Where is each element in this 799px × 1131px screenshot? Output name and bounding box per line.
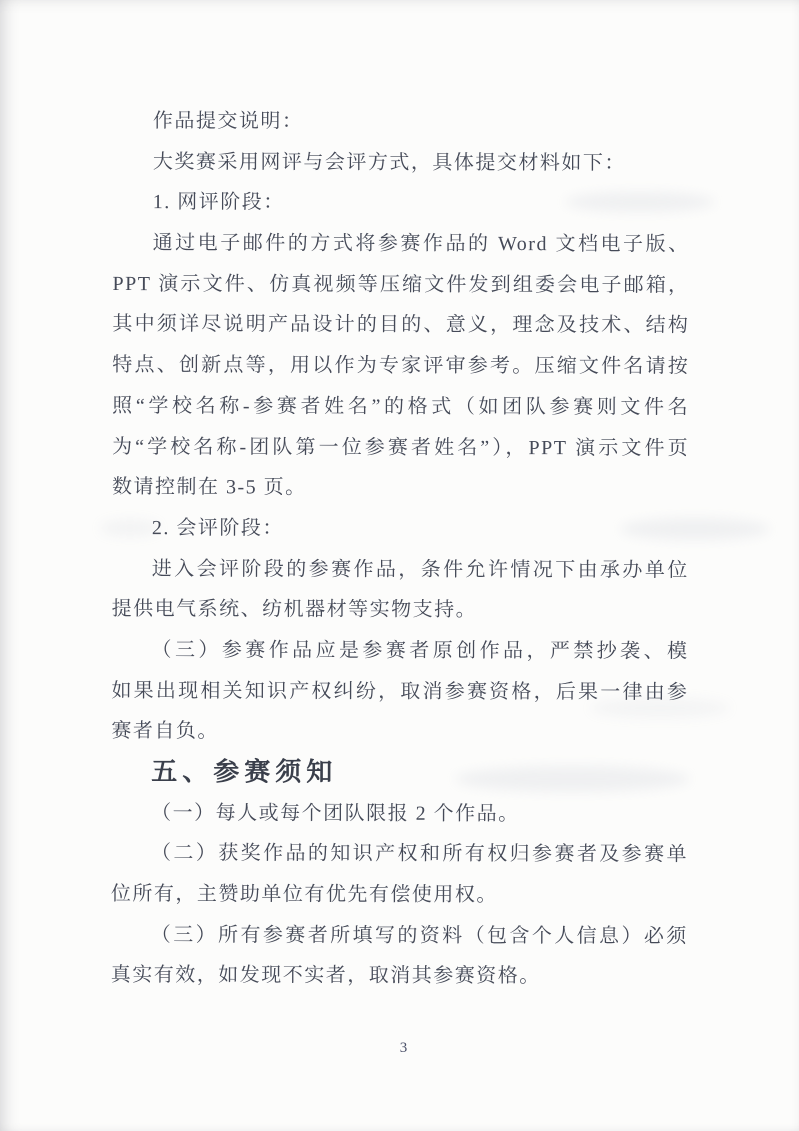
text-line: 通过电子邮件的方式将参赛作品的 Word 文档电子版、: [113, 223, 690, 265]
text-line: （三）参赛作品应是参赛者原创作品，严禁抄袭、模仿。: [112, 630, 689, 672]
text-line: 照“学校名称-参赛者姓名”的格式（如团队参赛则文件名: [112, 386, 689, 428]
page-number: 3: [4, 1040, 799, 1057]
text-line: 特点、创新点等，用以作为专家评审参考。压缩文件名请按: [112, 345, 689, 387]
section-heading: 五、参赛须知: [111, 752, 688, 794]
document-text-block: 作品提交说明：大奖赛采用网评与会评方式，具体提交材料如下：1. 网评阶段：通过电…: [111, 101, 690, 998]
text-line: 作品提交说明：: [113, 101, 690, 143]
text-line: 数请控制在 3-5 页。: [112, 467, 689, 509]
text-line: （一）每人或每个团队限报 2 个作品。: [111, 793, 688, 835]
document-page: 作品提交说明：大奖赛采用网评与会评方式，具体提交材料如下：1. 网评阶段：通过电…: [0, 0, 799, 1131]
text-line: 位所有，主赞助单位有优先有偿使用权。: [111, 874, 688, 916]
text-line: 赛者自负。: [111, 711, 688, 753]
text-line: 进入会评阶段的参赛作品，条件允许情况下由承办单位: [112, 549, 689, 591]
text-line: 真实有效，如发现不实者，取消其参赛资格。: [111, 955, 688, 997]
text-line: 提供电气系统、纺机器材等实物支持。: [112, 589, 689, 631]
text-line: 大奖赛采用网评与会评方式，具体提交材料如下：: [113, 142, 690, 184]
text-line: PPT 演示文件、仿真视频等压缩文件发到组委会电子邮箱，: [112, 264, 689, 306]
text-line: 2. 会评阶段：: [112, 508, 689, 550]
text-line: 1. 网评阶段：: [113, 182, 690, 224]
text-line: 如果出现相关知识产权纠纷，取消参赛资格，后果一律由参: [111, 671, 688, 713]
text-line: （二）获奖作品的知识产权和所有权归参赛者及参赛单: [111, 833, 688, 875]
text-line: （三）所有参赛者所填写的资料（包含个人信息）必须: [111, 915, 688, 957]
text-line: 为“学校名称-团队第一位参赛者姓名”），PPT 演示文件页: [112, 426, 689, 468]
text-line: 其中须详尽说明产品设计的目的、意义，理念及技术、结构: [112, 304, 689, 346]
